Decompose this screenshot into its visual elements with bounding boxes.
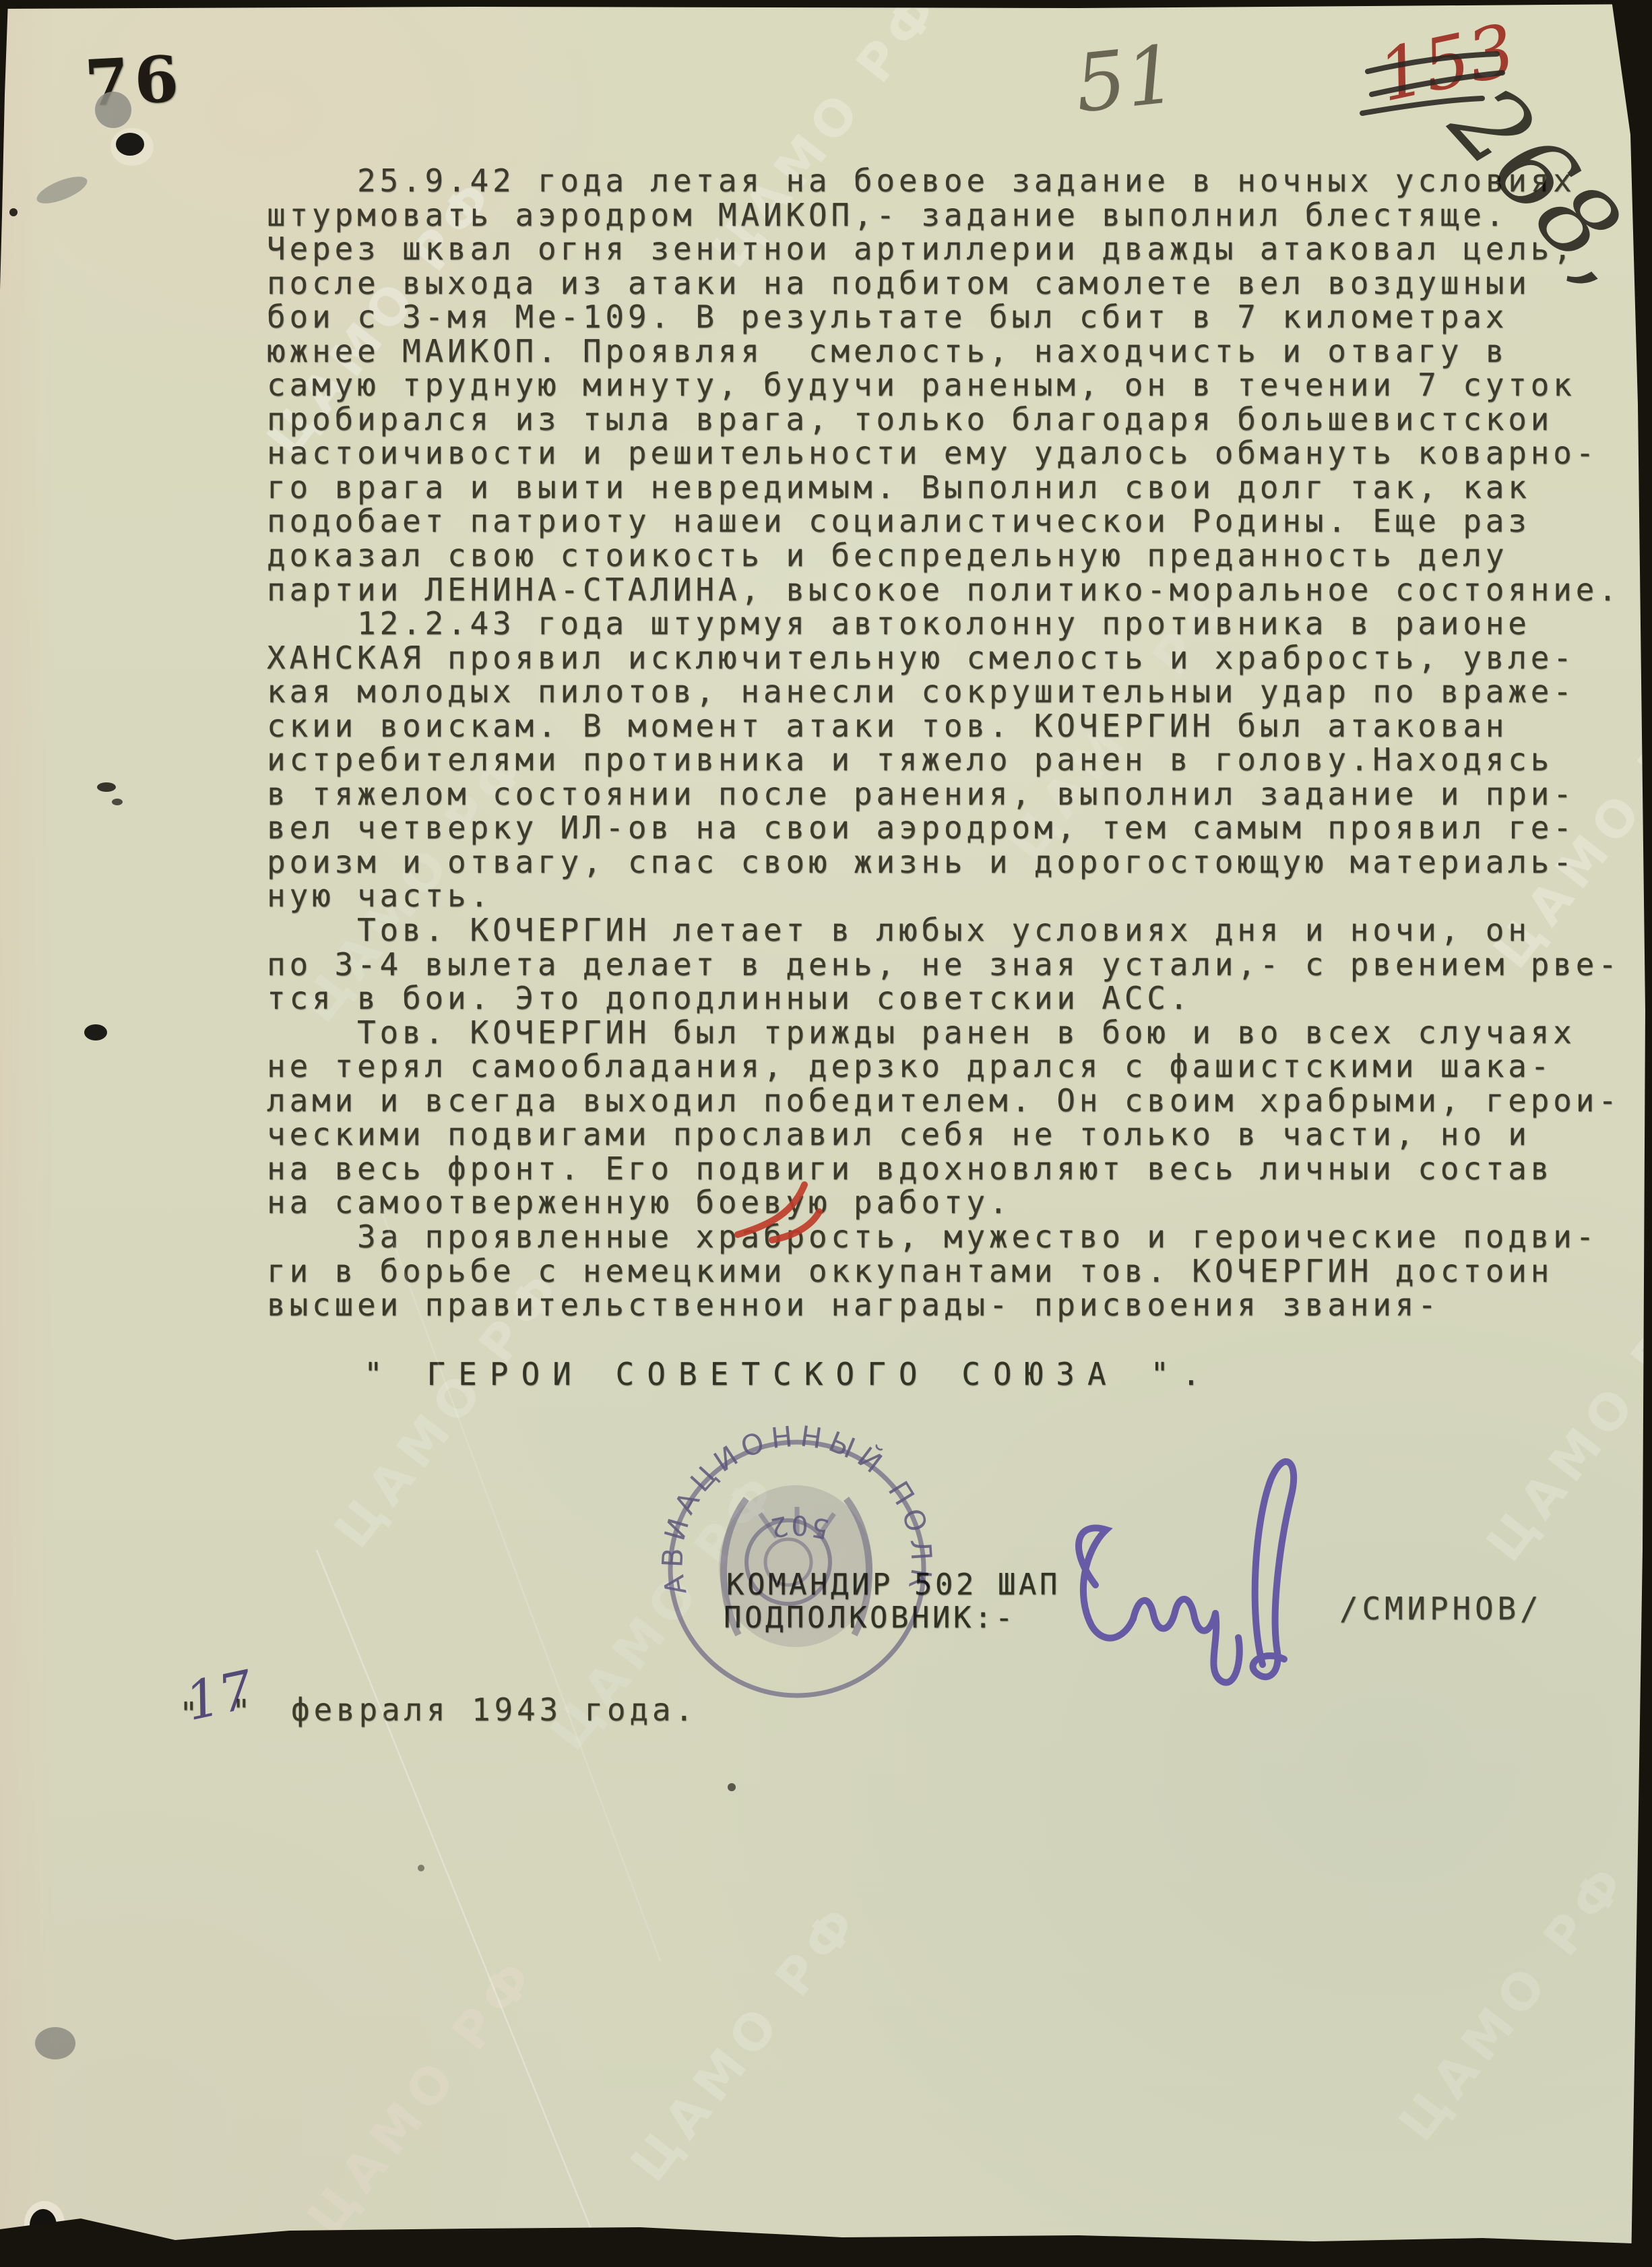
speck — [112, 799, 123, 805]
punch-hole — [116, 133, 144, 156]
red-check-mark — [738, 1185, 819, 1240]
paper-stains — [9, 92, 736, 2247]
strikethrough-marks — [1362, 54, 1502, 113]
speck — [97, 782, 116, 792]
speck — [9, 208, 18, 216]
scan-edge-left — [0, 0, 8, 290]
overlay-marks — [0, 0, 1652, 2267]
gray-smear — [34, 171, 91, 209]
speck — [728, 1783, 736, 1791]
creases — [317, 1200, 660, 2267]
gray-stain — [95, 92, 131, 128]
scan-edge-bottom — [0, 2218, 1652, 2267]
speck — [418, 1865, 424, 1871]
commander-signature — [1079, 1462, 1294, 1683]
punch-hole — [84, 1024, 107, 1041]
document-scan: { "page": { "page_stamp": "76", "pencil_… — [0, 0, 1652, 2267]
scan-edges — [0, 0, 1652, 2267]
scan-edge-top — [0, 0, 1652, 9]
gray-stain — [35, 2027, 75, 2059]
scan-edge-right — [1612, 0, 1652, 2267]
